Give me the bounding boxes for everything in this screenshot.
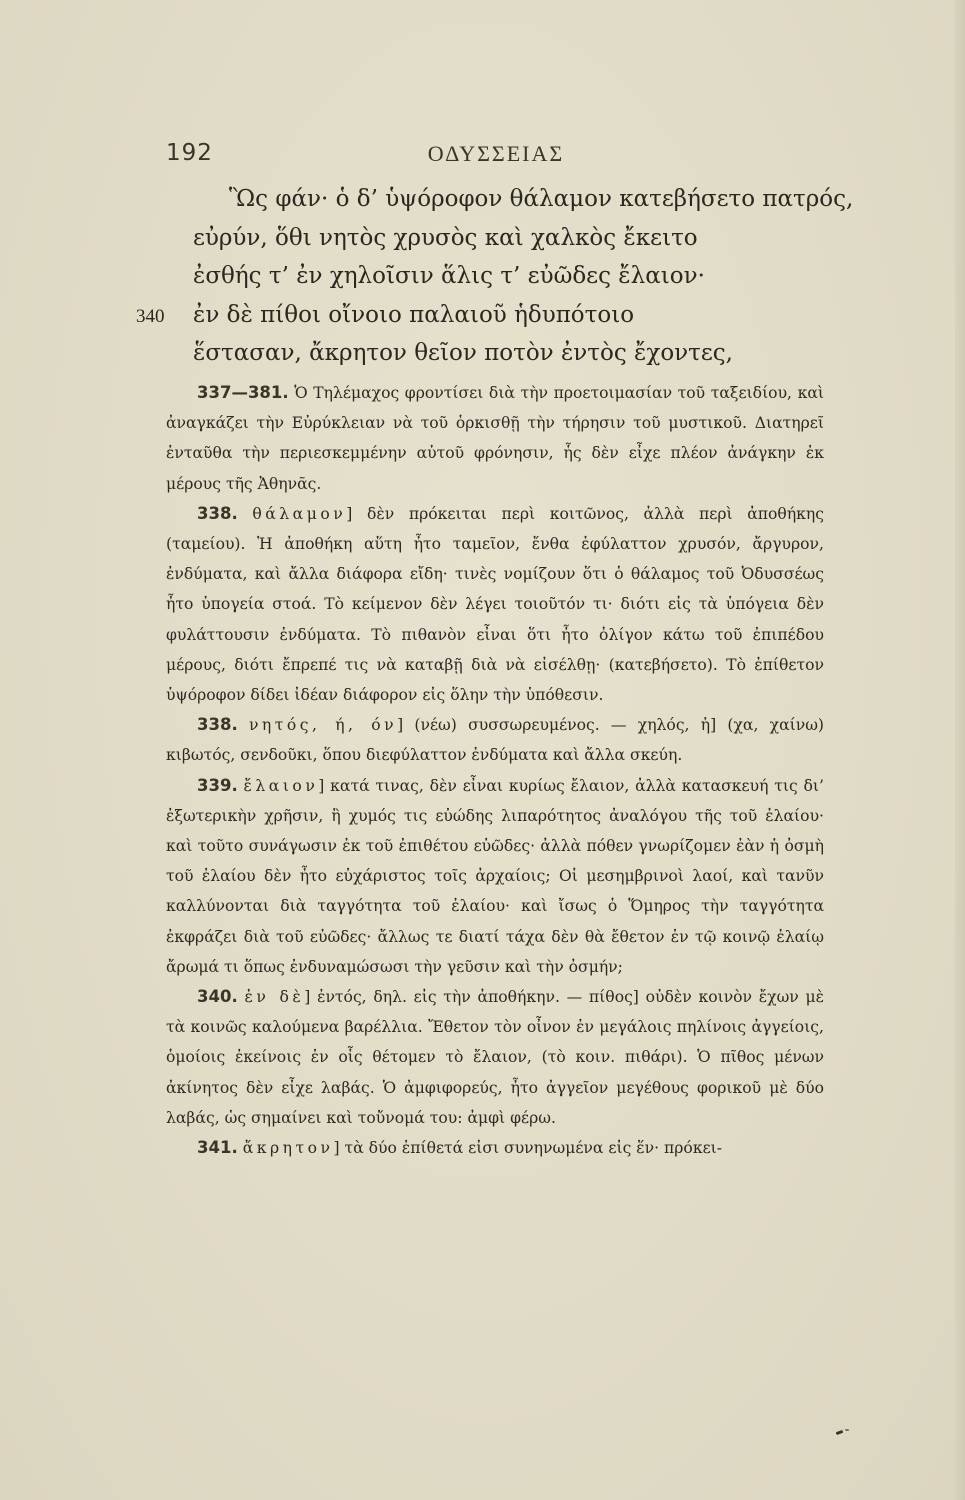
- note-number: 337—381.: [197, 383, 289, 402]
- note-number: 338.: [197, 715, 238, 734]
- running-title: ΟΔΥΣΣΕΙΑΣ: [166, 141, 826, 167]
- verse-text: ἐσθής τ’ ἐν χηλοῖσιν ἅλις τ’ εὐῶδες ἔλαι…: [193, 263, 705, 289]
- verse-text: ἐν δὲ πίθοι οἴνοιο παλαιοῦ ἡδυπότοιο: [193, 302, 634, 328]
- note-text: ] κατά τινας, δὲν εἶναι κυρίως ἔλαιον, ἀ…: [166, 777, 824, 976]
- ink-speck: [845, 1429, 849, 1431]
- note-lemma: ἔλαιον: [244, 777, 319, 795]
- commentary-note: 339. ἔλαιον] κατά τινας, δὲν εἶναι κυρίω…: [166, 771, 824, 982]
- verse-line: ἕστασαν, ἄκρητον θεῖον ποτὸν ἐντὸς ἔχοντ…: [193, 334, 833, 373]
- note-number: 338.: [197, 504, 238, 523]
- ink-speck: [836, 1430, 844, 1435]
- note-lemma: ἐν δὲ: [244, 988, 304, 1006]
- verse-line: Ὣς φάν· ὁ δ’ ὑψόροφον θάλαμον κατεβήσετο…: [193, 180, 833, 219]
- commentary-note: 338. θάλαμον] δὲν πρόκειται περὶ κοιτῶνο…: [166, 499, 824, 710]
- line-number: 340: [136, 298, 165, 337]
- verse-text: εὐρύν, ὅθι νητὸς χρυσὸς καὶ χαλκὸς ἔκειτ…: [193, 225, 698, 251]
- note-number: 340.: [197, 987, 238, 1006]
- page-edge-shadow: [955, 0, 965, 1500]
- note-lemma: νητός, ή, όν: [249, 716, 397, 734]
- note-lemma: ἄκρητον: [243, 1139, 334, 1157]
- note-number: 339.: [197, 776, 238, 795]
- verse-text: ἕστασαν, ἄκρητον θεῖον ποτὸν ἐντὸς ἔχοντ…: [193, 340, 733, 366]
- verse-line: 340 ἐν δὲ πίθοι οἴνοιο παλαιοῦ ἡδυπότοιο: [193, 296, 833, 335]
- commentary-block: 337—381. Ὁ Τηλέμαχος φροντίσει διὰ τὴν π…: [166, 378, 824, 1163]
- note-text: ] ἐντός, δηλ. εἰς τὴν ἀποθήκην. — πίθος]…: [166, 988, 824, 1127]
- commentary-note: 341. ἄκρητον] τὰ δύο ἐπίθετά εἰσι συνηνω…: [166, 1133, 824, 1163]
- page-header: 192 ΟΔΥΣΣΕΙΑΣ: [166, 140, 826, 170]
- commentary-note: 337—381. Ὁ Τηλέμαχος φροντίσει διὰ τὴν π…: [166, 378, 824, 499]
- verse-line: ἐσθής τ’ ἐν χηλοῖσιν ἅλις τ’ εὐῶδες ἔλαι…: [193, 257, 833, 296]
- verse-block: Ὣς φάν· ὁ δ’ ὑψόροφον θάλαμον κατεβήσετο…: [193, 180, 833, 373]
- commentary-note: 338. νητός, ή, όν] (νέω) συσσωρευμένος. …: [166, 710, 824, 770]
- note-text: ] τὰ δύο ἐπίθετά εἰσι συνηνωμένα εἰς ἕν·…: [333, 1139, 722, 1157]
- commentary-note: 340. ἐν δὲ] ἐντός, δηλ. εἰς τὴν ἀποθήκην…: [166, 982, 824, 1133]
- verse-text: Ὣς φάν· ὁ δ’ ὑψόροφον θάλαμον κατεβήσετο…: [229, 186, 853, 212]
- verse-line: εὐρύν, ὅθι νητὸς χρυσὸς καὶ χαλκὸς ἔκειτ…: [193, 219, 833, 258]
- book-page: 192 ΟΔΥΣΣΕΙΑΣ Ὣς φάν· ὁ δ’ ὑψόροφον θάλα…: [0, 0, 965, 1500]
- note-lemma: θάλαμον: [252, 505, 346, 523]
- note-text: ] δὲν πρόκειται περὶ κοιτῶνος, ἀλλὰ περὶ…: [166, 505, 824, 704]
- note-number: 341.: [197, 1138, 238, 1157]
